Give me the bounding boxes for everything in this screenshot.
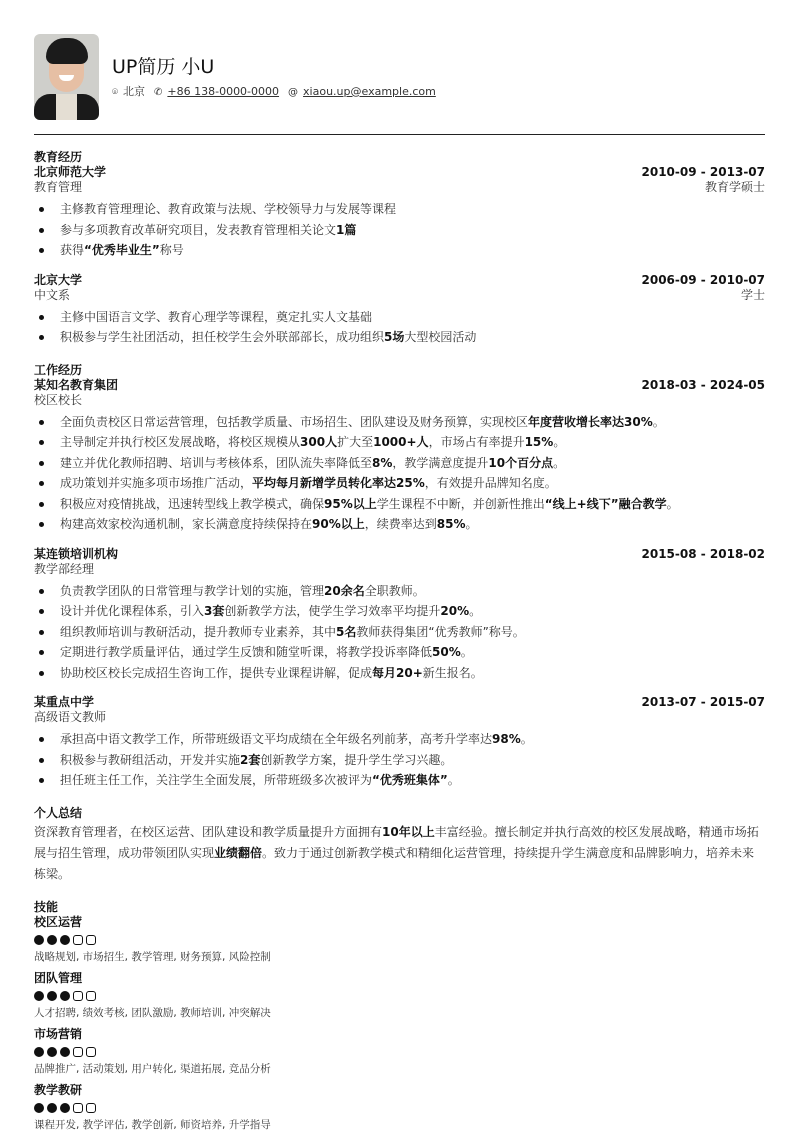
bullet-item: 成功策划并实施多项市场推广活动，平均每月新增学员转化率达25%，有效提升品牌知名… <box>34 473 765 494</box>
entry-dates: 2015-08 - 2018-02 <box>642 547 766 562</box>
entry-sub-row: 高级语文教师 <box>34 710 765 725</box>
text-run: 。 <box>667 497 679 511</box>
company-name: 某知名教育集团 <box>34 378 118 393</box>
highlight-text: 300人 <box>300 435 337 449</box>
bullet-item: 设计并优化课程体系，引入3套创新教学方法，使学生学习效率平均提升20%。 <box>34 601 765 622</box>
text-run: 。 <box>466 517 478 531</box>
text-run: 成功策划并实施多项市场推广活动， <box>60 476 252 490</box>
section-title-education: 教育经历 <box>34 150 765 165</box>
text-run: 称号 <box>160 243 184 257</box>
highlight-text: 平均每月新增学员转化率达25% <box>252 476 425 490</box>
highlight-text: 3套 <box>204 604 224 618</box>
text-run: 创新教学方案，提升学生学习兴趣。 <box>260 753 452 767</box>
school-name: 北京师范大学 <box>34 165 106 180</box>
resume-page: UP简历 小U ⌾ 北京 ✆ +86 138-0000-0000 @ xiaou… <box>0 0 799 1130</box>
filled-dot-icon <box>60 935 70 945</box>
highlight-text: 10个百分点 <box>488 456 553 470</box>
text-run: 定期进行教学质量评估，通过学生反馈和随堂听课，将教学投诉率降低 <box>60 645 432 659</box>
highlight-text: 业绩翻倍 <box>214 846 262 860</box>
skill-name: 团队管理 <box>34 971 765 986</box>
highlight-text: 5名 <box>336 625 356 639</box>
highlight-text: 20余名 <box>324 584 365 598</box>
text-run: 学生课程不中断，并创新性推出 <box>377 497 545 511</box>
company-name: 某重点中学 <box>34 695 94 710</box>
work-entry: 某重点中学2013-07 - 2015-07高级语文教师承担高中语文教学工作，所… <box>34 695 765 791</box>
highlight-text: 20% <box>440 604 469 618</box>
text-run: 扩大至 <box>337 435 373 449</box>
text-run: 。 <box>448 773 460 787</box>
work-entry: 某连锁培训机构2015-08 - 2018-02教学部经理负责教学团队的日常管理… <box>34 547 765 684</box>
bullet-list: 负责教学团队的日常管理与教学计划的实施，管理20余名全职教师。设计并优化课程体系… <box>34 581 765 684</box>
text-run: 参与多项教育改革研究项目，发表教育管理相关论文 <box>60 223 336 237</box>
entry-sub-row: 校区校长 <box>34 393 765 408</box>
summary-text: 资深教育管理者，在校区运营、团队建设和教学质量提升方面拥有10年以上丰富经验。擅… <box>34 822 765 885</box>
skill-level-rating <box>34 1047 765 1058</box>
bullet-list: 承担高中语文教学工作，所带班级语文平均成绩在全年级名列前茅，高考升学率达98%。… <box>34 729 765 791</box>
skill-level-rating <box>34 991 765 1002</box>
section-title-summary: 个人总结 <box>34 806 765 821</box>
entry-header-row: 某重点中学2013-07 - 2015-07 <box>34 695 765 710</box>
contact-phone: ✆ +86 138-0000-0000 <box>154 84 279 101</box>
entry-header-row: 某连锁培训机构2015-08 - 2018-02 <box>34 547 765 562</box>
skill-item: 市场营销品牌推广, 活动策划, 用户转化, 渠道拓展, 竞品分析 <box>34 1027 765 1077</box>
text-run: 大型校园活动 <box>404 330 476 344</box>
text-run: 全职教师。 <box>365 584 425 598</box>
filled-dot-icon <box>47 1047 57 1057</box>
entry-header-row: 某知名教育集团2018-03 - 2024-05 <box>34 378 765 393</box>
text-run: 构建高效家校沟通机制，家长满意度持续保持在 <box>60 517 312 531</box>
education-entry: 北京大学2006-09 - 2010-07中文系学士主修中国语言文学、教育心理学… <box>34 273 765 348</box>
bullet-item: 构建高效家校沟通机制，家长满意度持续保持在90%以上，续费率达到85%。 <box>34 514 765 535</box>
job-role: 教学部经理 <box>34 562 94 577</box>
highlight-text: 50% <box>432 645 461 659</box>
highlight-text: 85% <box>437 517 466 531</box>
empty-dot-icon <box>73 1103 83 1113</box>
bullet-list: 主修教育管理理论、教育政策与法规、学校领导力与发展等课程参与多项教育改革研究项目… <box>34 199 765 261</box>
empty-dot-icon <box>86 935 96 945</box>
bullet-item: 定期进行教学质量评估，通过学生反馈和随堂听课，将教学投诉率降低50%。 <box>34 642 765 663</box>
text-run: 。 <box>653 415 665 429</box>
candidate-name: UP简历 小U <box>112 54 445 80</box>
job-role: 高级语文教师 <box>34 710 106 725</box>
bullet-item: 积极参与学生社团活动，担任校学生会外联部部长，成功组织5场大型校园活动 <box>34 327 765 348</box>
highlight-text: 15% <box>525 435 554 449</box>
work-section: 工作经历 某知名教育集团2018-03 - 2024-05校区校长全面负责校区日… <box>34 363 765 791</box>
skill-keywords: 品牌推广, 活动策划, 用户转化, 渠道拓展, 竞品分析 <box>34 1062 765 1077</box>
skill-item: 校区运营战略规划, 市场招生, 教学管理, 财务预算, 风险控制 <box>34 915 765 965</box>
bullet-item: 主导制定并执行校区发展战略，将校区规模从300人扩大至1000+人，市场占有率提… <box>34 432 765 453</box>
school-name: 北京大学 <box>34 273 82 288</box>
education-list: 北京师范大学2010-09 - 2013-07教育管理教育学硕士主修教育管理理论… <box>34 165 765 348</box>
skill-level-rating <box>34 935 765 946</box>
entry-sub-row: 教育管理教育学硕士 <box>34 180 765 195</box>
text-run: 组织教师培训与教研活动，提升教师专业素养，其中 <box>60 625 336 639</box>
company-name: 某连锁培训机构 <box>34 547 118 562</box>
bullet-item: 积极参与教研组活动，开发并实施2套创新教学方案，提升学生学习兴趣。 <box>34 750 765 771</box>
text-run: 建立并优化教师招聘、培训与考核体系，团队流失率降低至 <box>60 456 372 470</box>
text-run: 全面负责校区日常运营管理，包括教学质量、市场招生、团队建设及财务预算，实现校区 <box>60 415 528 429</box>
text-run: 新生报名。 <box>423 666 483 680</box>
contact-location: ⌾ 北京 <box>112 84 145 101</box>
empty-dot-icon <box>86 1103 96 1113</box>
entry-dates: 2010-09 - 2013-07 <box>642 165 766 180</box>
text-run: 主导制定并执行校区发展战略，将校区规模从 <box>60 435 300 449</box>
skill-item: 团队管理人才招聘, 绩效考核, 团队激励, 教师培训, 冲突解决 <box>34 971 765 1021</box>
degree: 学士 <box>741 288 765 303</box>
filled-dot-icon <box>47 991 57 1001</box>
text-run: 积极参与学生社团活动，担任校学生会外联部部长，成功组织 <box>60 330 384 344</box>
filled-dot-icon <box>60 991 70 1001</box>
text-run: 。 <box>469 604 481 618</box>
skills-list: 校区运营战略规划, 市场招生, 教学管理, 财务预算, 风险控制团队管理人才招聘… <box>34 915 765 1130</box>
bullet-item: 协助校区校长完成招生咨询工作，提供专业课程讲解，促成每月20+新生报名。 <box>34 663 765 684</box>
bullet-item: 主修中国语言文学、教育心理学等课程，奠定扎实人文基础 <box>34 307 765 328</box>
filled-dot-icon <box>60 1103 70 1113</box>
text-run: 积极应对疫情挑战，迅速转型线上教学模式，确保 <box>60 497 324 511</box>
skill-keywords: 战略规划, 市场招生, 教学管理, 财务预算, 风险控制 <box>34 950 765 965</box>
empty-dot-icon <box>86 1047 96 1057</box>
highlight-text: “线上+线下”融合教学 <box>545 497 667 511</box>
bullet-item: 参与多项教育改革研究项目，发表教育管理相关论文1篇 <box>34 220 765 241</box>
skill-name: 市场营销 <box>34 1027 765 1042</box>
text-run: 。 <box>521 732 533 746</box>
highlight-text: 1篇 <box>336 223 356 237</box>
text-run: 资深教育管理者，在校区运营、团队建设和教学质量提升方面拥有 <box>34 825 382 839</box>
bullet-item: 积极应对疫情挑战，迅速转型线上教学模式，确保95%以上学生课程不中断，并创新性推… <box>34 494 765 515</box>
email-link[interactable]: xiaou.up@example.com <box>303 84 436 101</box>
text-run: 。 <box>553 456 565 470</box>
highlight-text: 10年以上 <box>382 825 435 839</box>
skill-keywords: 课程开发, 教学评估, 教学创新, 师资培养, 升学指导 <box>34 1118 765 1130</box>
text-run: 承担高中语文教学工作，所带班级语文平均成绩在全年级名列前茅，高考升学率达 <box>60 732 492 746</box>
header-divider <box>34 134 765 135</box>
empty-dot-icon <box>86 991 96 1001</box>
section-title-work: 工作经历 <box>34 363 765 378</box>
text-run: 创新教学方法，使学生学习效率平均提升 <box>224 604 440 618</box>
skill-keywords: 人才招聘, 绩效考核, 团队激励, 教师培训, 冲突解决 <box>34 1006 765 1021</box>
entry-dates: 2018-03 - 2024-05 <box>642 378 766 393</box>
filled-dot-icon <box>34 991 44 1001</box>
empty-dot-icon <box>73 935 83 945</box>
highlight-text: 2套 <box>240 753 260 767</box>
text-run: ，续费率达到 <box>365 517 437 531</box>
phone-icon: ✆ <box>154 85 162 100</box>
contact-email: @ xiaou.up@example.com <box>288 84 436 101</box>
profile-photo <box>34 34 99 120</box>
bullet-item: 主修教育管理理论、教育政策与法规、学校领导力与发展等课程 <box>34 199 765 220</box>
skills-section: 技能 校区运营战略规划, 市场招生, 教学管理, 财务预算, 风险控制团队管理人… <box>34 900 765 1130</box>
entry-header-row: 北京大学2006-09 - 2010-07 <box>34 273 765 288</box>
text-run: 设计并优化课程体系，引入 <box>60 604 204 618</box>
bullet-item: 承担高中语文教学工作，所带班级语文平均成绩在全年级名列前茅，高考升学率达98%。 <box>34 729 765 750</box>
text-run: 获得 <box>60 243 84 257</box>
text-run: 教师获得集团“优秀教师”称号。 <box>356 625 524 639</box>
contact-row: ⌾ 北京 ✆ +86 138-0000-0000 @ xiaou.up@exam… <box>112 84 445 101</box>
empty-dot-icon <box>73 1047 83 1057</box>
text-run: 负责教学团队的日常管理与教学计划的实施，管理 <box>60 584 324 598</box>
bullet-list: 主修中国语言文学、教育心理学等课程，奠定扎实人文基础积极参与学生社团活动，担任校… <box>34 307 765 348</box>
skill-name: 教学教研 <box>34 1083 765 1098</box>
text-run: 积极参与教研组活动，开发并实施 <box>60 753 240 767</box>
section-title-skills: 技能 <box>34 900 765 915</box>
bullet-list: 全面负责校区日常运营管理，包括教学质量、市场招生、团队建设及财务预算，实现校区年… <box>34 412 765 535</box>
text-run: ，市场占有率提升 <box>429 435 525 449</box>
highlight-text: “优秀班集体” <box>372 773 448 787</box>
highlight-text: 年度营收增长率达30% <box>528 415 653 429</box>
highlight-text: 8% <box>372 456 392 470</box>
filled-dot-icon <box>47 1103 57 1113</box>
major: 教育管理 <box>34 180 82 195</box>
phone-link[interactable]: +86 138-0000-0000 <box>167 84 279 101</box>
text-run: 协助校区校长完成招生咨询工作，提供专业课程讲解，促成 <box>60 666 372 680</box>
bullet-item: 负责教学团队的日常管理与教学计划的实施，管理20余名全职教师。 <box>34 581 765 602</box>
filled-dot-icon <box>47 935 57 945</box>
highlight-text: 1000+人 <box>373 435 428 449</box>
filled-dot-icon <box>34 1047 44 1057</box>
skill-item: 教学教研课程开发, 教学评估, 教学创新, 师资培养, 升学指导 <box>34 1083 765 1130</box>
entry-dates: 2013-07 - 2015-07 <box>642 695 766 710</box>
bullet-item: 建立并优化教师招聘、培训与考核体系，团队流失率降低至8%，教学满意度提升10个百… <box>34 453 765 474</box>
resume-header: UP简历 小U ⌾ 北京 ✆ +86 138-0000-0000 @ xiaou… <box>34 34 765 120</box>
empty-dot-icon <box>73 991 83 1001</box>
education-entry: 北京师范大学2010-09 - 2013-07教育管理教育学硕士主修教育管理理论… <box>34 165 765 261</box>
highlight-text: 每月20+ <box>372 666 423 680</box>
highlight-text: 5场 <box>384 330 404 344</box>
text-run: 担任班主任工作，关注学生全面发展，所带班级多次被评为 <box>60 773 372 787</box>
bullet-item: 组织教师培训与教研活动，提升教师专业素养，其中5名教师获得集团“优秀教师”称号。 <box>34 622 765 643</box>
job-role: 校区校长 <box>34 393 82 408</box>
text-run: ，教学满意度提升 <box>392 456 488 470</box>
highlight-text: 90%以上 <box>312 517 365 531</box>
highlight-text: 98% <box>492 732 521 746</box>
filled-dot-icon <box>34 935 44 945</box>
location-text: 北京 <box>123 84 145 101</box>
work-list: 某知名教育集团2018-03 - 2024-05校区校长全面负责校区日常运营管理… <box>34 378 765 791</box>
entry-dates: 2006-09 - 2010-07 <box>642 273 766 288</box>
entry-sub-row: 教学部经理 <box>34 562 765 577</box>
entry-sub-row: 中文系学士 <box>34 288 765 303</box>
degree: 教育学硕士 <box>705 180 765 195</box>
map-pin-icon: ⌾ <box>112 85 118 100</box>
at-sign-icon: @ <box>288 85 298 100</box>
text-run: 主修中国语言文学、教育心理学等课程，奠定扎实人文基础 <box>60 310 372 324</box>
highlight-text: 95%以上 <box>324 497 377 511</box>
highlight-text: “优秀毕业生” <box>84 243 160 257</box>
header-info: UP简历 小U ⌾ 北京 ✆ +86 138-0000-0000 @ xiaou… <box>112 54 445 101</box>
text-run: 。 <box>461 645 473 659</box>
skill-level-rating <box>34 1103 765 1114</box>
work-entry: 某知名教育集团2018-03 - 2024-05校区校长全面负责校区日常运营管理… <box>34 378 765 535</box>
bullet-item: 担任班主任工作，关注学生全面发展，所带班级多次被评为“优秀班集体”。 <box>34 770 765 791</box>
education-section: 教育经历 北京师范大学2010-09 - 2013-07教育管理教育学硕士主修教… <box>34 150 765 348</box>
filled-dot-icon <box>34 1103 44 1113</box>
bullet-item: 全面负责校区日常运营管理，包括教学质量、市场招生、团队建设及财务预算，实现校区年… <box>34 412 765 433</box>
skill-name: 校区运营 <box>34 915 765 930</box>
text-run: 主修教育管理理论、教育政策与法规、学校领导力与发展等课程 <box>60 202 396 216</box>
bullet-item: 获得“优秀毕业生”称号 <box>34 240 765 261</box>
summary-section: 个人总结 资深教育管理者，在校区运营、团队建设和教学质量提升方面拥有10年以上丰… <box>34 806 765 885</box>
text-run: 。 <box>553 435 565 449</box>
filled-dot-icon <box>60 1047 70 1057</box>
major: 中文系 <box>34 288 70 303</box>
text-run: ，有效提升品牌知名度。 <box>425 476 557 490</box>
entry-header-row: 北京师范大学2010-09 - 2013-07 <box>34 165 765 180</box>
